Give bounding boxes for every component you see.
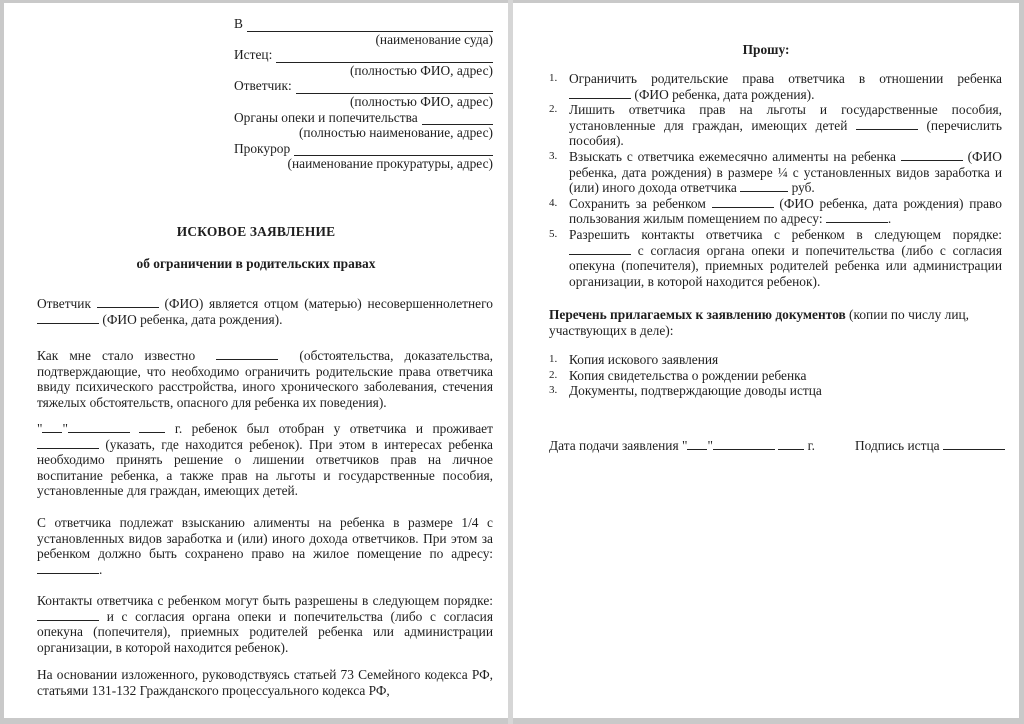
- request-text: (ФИО ребенка, дата рождения).: [634, 87, 814, 102]
- prosecutor-field[interactable]: [294, 144, 493, 156]
- day-blank[interactable]: [42, 421, 62, 433]
- request-item: 3. Взыскать с ответчика ежемесячно алиме…: [549, 149, 1002, 196]
- child-name-blank[interactable]: [712, 196, 774, 208]
- request-item: 5. Разрешить контакты ответчика с ребенк…: [549, 227, 1002, 289]
- signature-label: Подпись истца: [855, 438, 940, 453]
- prosecutor-row: Прокурор: [234, 141, 493, 157]
- court-label: В: [234, 16, 243, 32]
- request-item: 4. Сохранить за ребенком (ФИО ребенка, д…: [549, 196, 1002, 227]
- month-blank[interactable]: [68, 421, 130, 433]
- court-hint: (наименование суда): [234, 32, 493, 48]
- child-name-blank[interactable]: [901, 149, 963, 161]
- p1-text-c: (ФИО ребенка, дата рождения).: [102, 312, 282, 327]
- defendant-hint: (полностью ФИО, адрес): [234, 94, 493, 110]
- guardianship-label: Органы опеки и попечительства: [234, 110, 418, 126]
- request-item: 1. Ограничить родительские права ответчи…: [549, 71, 1002, 102]
- document-title: ИСКОВОЕ ЗАЯВЛЕНИЕ: [4, 224, 508, 240]
- benefits-blank[interactable]: [856, 118, 918, 130]
- footer-signature-row: Дата подачи заявления "" г. Подпись истц…: [549, 438, 1009, 454]
- paragraph-legal-basis: На основании изложенного, руководствуясь…: [37, 667, 493, 698]
- contact-order-blank[interactable]: [569, 243, 631, 255]
- page-right: Прошу: 1. Ограничить родительские права …: [513, 3, 1019, 718]
- request-item: 2. Лишить ответчика прав на льготы и гос…: [549, 102, 1002, 149]
- date-label: Дата подачи заявления ": [549, 438, 687, 453]
- request-text: Разрешить контакты ответчика с ребенком …: [569, 227, 1002, 242]
- plaintiff-hint: (полностью ФИО, адрес): [234, 63, 493, 79]
- prosecutor-label: Прокурор: [234, 141, 290, 157]
- p3-text-b: (указать, где находится ребенок). При эт…: [37, 437, 493, 499]
- request-text: .: [888, 211, 891, 226]
- date-year-blank[interactable]: [778, 438, 804, 450]
- defendant-name-blank[interactable]: [97, 296, 159, 308]
- request-number: 4.: [549, 196, 557, 212]
- guardianship-field[interactable]: [422, 113, 493, 125]
- attachments-heading: Перечень прилагаемых к заявлению докумен…: [549, 307, 1002, 338]
- court-row: В: [234, 16, 493, 32]
- year-blank[interactable]: [139, 421, 165, 433]
- plaintiff-row: Истец:: [234, 47, 493, 63]
- request-text: Сохранить за ребенком: [569, 196, 706, 211]
- page-left: В (наименование суда) Истец: (полностью …: [4, 3, 508, 718]
- paragraph-defendant: Ответчик (ФИО) является отцом (матерью) …: [37, 296, 493, 327]
- attachment-text: Копия свидетельства о рождении ребенка: [569, 368, 806, 383]
- year-suffix: г.: [808, 438, 815, 453]
- amount-blank[interactable]: [740, 180, 788, 192]
- paragraph-child-taken: "" г. ребенок был отобран у ответчика и …: [37, 421, 493, 499]
- defendant-row: Ответчик:: [234, 78, 493, 94]
- defendant-label: Ответчик:: [234, 78, 292, 94]
- attachment-number: 2.: [549, 368, 557, 384]
- filing-date: Дата подачи заявления "" г.: [549, 438, 815, 454]
- paragraph-alimony: С ответчика подлежат взысканию алименты …: [37, 515, 493, 577]
- attachment-text: Документы, подтверждающие доводы истца: [569, 383, 822, 398]
- court-field[interactable]: [247, 20, 493, 32]
- plaintiff-label: Истец:: [234, 47, 272, 63]
- request-number: 2.: [549, 102, 557, 118]
- p5-text-b: и с согласия органа опеки и попечительст…: [37, 609, 493, 655]
- child-location-blank[interactable]: [37, 437, 99, 449]
- attachment-item: 2. Копия свидетельства о рождении ребенк…: [549, 368, 1002, 384]
- p1-text-a: Ответчик: [37, 296, 91, 311]
- child-name-blank[interactable]: [37, 312, 99, 324]
- attachment-item: 3. Документы, подтверждающие доводы истц…: [549, 383, 1002, 399]
- signature-blank[interactable]: [943, 438, 1005, 450]
- request-list: 1. Ограничить родительские права ответчи…: [549, 71, 1002, 289]
- request-number: 5.: [549, 227, 557, 243]
- p2-text-a: Как мне стало известно: [37, 348, 195, 363]
- attachment-number: 3.: [549, 383, 557, 399]
- request-text: Взыскать с ответчика ежемесячно алименты…: [569, 149, 896, 164]
- child-name-blank[interactable]: [569, 87, 631, 99]
- date-day-blank[interactable]: [687, 438, 707, 450]
- p4-text-a: С ответчика подлежат взысканию алименты …: [37, 515, 493, 561]
- p4-text-b: .: [99, 562, 102, 577]
- attachment-item: 1. Копия искового заявления: [549, 352, 1002, 368]
- p1-text-b: (ФИО) является отцом (матерью) несоверше…: [164, 296, 493, 311]
- request-text: с согласия органа опеки и попечительства…: [569, 243, 1002, 289]
- date-month-blank[interactable]: [713, 438, 775, 450]
- request-number: 3.: [549, 149, 557, 165]
- request-number: 1.: [549, 71, 557, 87]
- attachment-text: Копия искового заявления: [569, 352, 718, 367]
- attachment-number: 1.: [549, 352, 557, 368]
- attachments-list: 1. Копия искового заявления 2. Копия сви…: [549, 352, 1002, 399]
- attachments-title-bold: Перечень прилагаемых к заявлению докумен…: [549, 307, 846, 322]
- signature: Подпись истца: [855, 438, 1005, 454]
- guardianship-row: Органы опеки и попечительства: [234, 110, 493, 126]
- request-text: Ограничить родительские права ответчика …: [569, 71, 1002, 86]
- header-block: В (наименование суда) Истец: (полностью …: [234, 16, 493, 172]
- request-title: Прошу:: [513, 42, 1019, 58]
- paragraph-circumstances: Как мне стало известно (обстоятельства, …: [37, 348, 493, 410]
- guardianship-hint: (полностью наименование, адрес): [234, 125, 493, 141]
- contact-order-blank[interactable]: [37, 609, 99, 621]
- prosecutor-hint: (наименование прокуратуры, адрес): [234, 156, 493, 172]
- plaintiff-field[interactable]: [276, 51, 493, 63]
- paragraph-contacts: Контакты ответчика с ребенком могут быть…: [37, 593, 493, 655]
- address-blank[interactable]: [37, 562, 99, 574]
- p5-text-a: Контакты ответчика с ребенком могут быть…: [37, 593, 493, 608]
- defendant-field[interactable]: [296, 82, 493, 94]
- address-blank[interactable]: [826, 211, 888, 223]
- p3-text-a: г. ребенок был отобран у ответчика и про…: [175, 421, 493, 436]
- document-subtitle: об ограничении в родительских правах: [4, 256, 508, 272]
- request-text: руб.: [792, 180, 815, 195]
- circumstances-blank[interactable]: [216, 348, 278, 360]
